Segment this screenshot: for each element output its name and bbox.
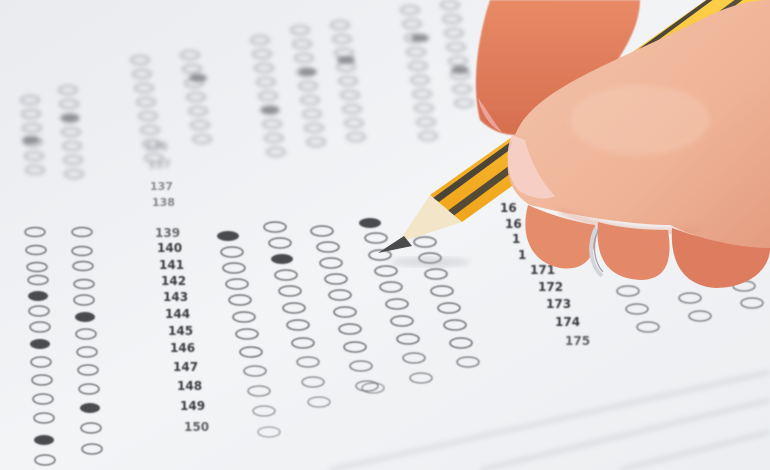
photo-scene: 136 137 137 138 139 140 141 142 143 144 … bbox=[0, 0, 770, 470]
question-number: 143 bbox=[163, 290, 188, 304]
question-number: 144 bbox=[165, 307, 190, 321]
question-number: 147 bbox=[173, 360, 198, 374]
question-number: 175 bbox=[565, 334, 590, 348]
question-number: 137 bbox=[150, 180, 173, 193]
question-number: 138 bbox=[152, 196, 175, 209]
question-number: 149 bbox=[180, 399, 205, 413]
question-number: 140 bbox=[157, 241, 182, 255]
svg-text:137: 137 bbox=[148, 158, 171, 171]
question-number: 145 bbox=[168, 324, 193, 338]
question-number: 148 bbox=[177, 379, 202, 393]
question-number: 173 bbox=[546, 297, 571, 311]
question-number: 146 bbox=[170, 341, 195, 355]
question-number: 174 bbox=[555, 315, 580, 329]
question-number: 142 bbox=[161, 274, 186, 288]
question-number: 150 bbox=[184, 420, 209, 434]
question-number-partial: 16 bbox=[500, 201, 517, 215]
question-number: 141 bbox=[159, 258, 184, 272]
question-number-partial: 1 bbox=[512, 232, 520, 246]
question-number: 172 bbox=[538, 280, 563, 294]
svg-text:136: 136 bbox=[145, 140, 168, 153]
question-number-partial: 1 bbox=[518, 248, 526, 262]
question-number-partial: 16 bbox=[505, 217, 522, 231]
question-number: 139 bbox=[155, 226, 180, 240]
